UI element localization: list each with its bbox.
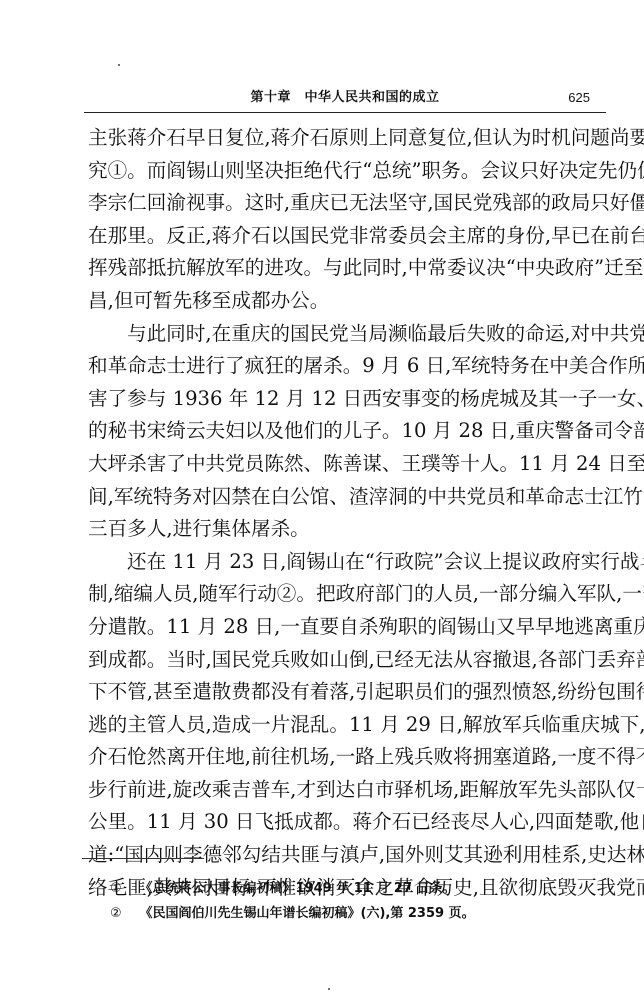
page-number: 625 (568, 88, 590, 108)
footnote-rule (82, 858, 204, 859)
footnote-marker: ① (110, 876, 135, 901)
text-line: 和革命志士进行了疯狂的屠杀。9 月 6 日,军统特务在中美合作所杀 (88, 350, 606, 383)
text-line: 昌,但可暂先移至成都办公。 (88, 285, 606, 318)
text-line: 下不管,甚至遣散费都没有着落,引起职员们的强烈愤怒,纷纷包围待 (88, 676, 606, 709)
scan-speck (118, 64, 120, 66)
text-line: 在那里。反正,蒋介石以国民党非常委员会主席的身份,早已在前台指 (88, 220, 606, 253)
text-line: 李宗仁回渝视事。这时,重庆已无法坚守,国民党残部的政局只好僵持 (88, 187, 606, 220)
text-line: 道:“国内则李德邻勾结共匪与滇卢,国外则艾其逊利用桂系,史达林笼 (88, 839, 606, 872)
text-line: 逃的主管人员,造成一片混乱。11 月 29 日,解放军兵临重庆城下,蒋 (88, 709, 606, 742)
text-line: 大坪杀害了中共党员陈然、陈善谋、王璞等十人。11 月 24 日至 27 日 (88, 448, 606, 481)
footnote-marker: ② (110, 901, 135, 926)
scan-speck (328, 988, 330, 990)
footnote-1: ① 《总统蒋公大事长编初稿》1949 年 11 月 27 日条。 (110, 876, 590, 901)
text-line: 公里。11 月 30 日飞抵成都。蒋介石已经丧尽人心,四面楚歌,他自记 (88, 806, 606, 839)
footnote-2: ② 《民国阎伯川先生锡山年谱长编初稿》(六),第 2359 页。 (110, 901, 590, 926)
text-line: 与此同时,在重庆的国民党当局濒临最后失败的命运,对中共党员 (88, 318, 606, 351)
header-rule (84, 112, 606, 113)
text-line: 制,缩编人员,随军行动②。把政府部门的人员,一部分编入军队,一部 (88, 578, 606, 611)
running-header: 第十章 中华人民共和国的成立 625 (84, 88, 606, 110)
text-line: 间,军统特务对囚禁在白公馆、渣滓洞的中共党员和革命志士江竹筠等 (88, 481, 606, 514)
text-line: 分遣散。11 月 28 日,一直要自杀殉职的阎锡山又早早地逃离重庆,飞 (88, 611, 606, 644)
footnotes: ① 《总统蒋公大事长编初稿》1949 年 11 月 27 日条。 ② 《民国阎伯… (110, 876, 590, 926)
text-line: 三百多人,进行集体屠杀。 (88, 513, 606, 546)
text-line: 害了参与 1936 年 12 月 12 日西安事变的杨虎城及其一子一女、杨虎城 (88, 383, 606, 416)
text-line: 步行前进,旋改乘吉普车,才到达白市驿机场,距解放军先头部队仅十 (88, 774, 606, 807)
text-line: 究①。而阎锡山则坚决拒绝代行“总统”职务。会议只好决定先仍促请 (88, 155, 606, 188)
body-text: 主张蒋介石早日复位,蒋介石原则上同意复位,但认为时机问题尚要研究①。而阎锡山则坚… (88, 122, 606, 904)
text-line: 主张蒋介石早日复位,蒋介石原则上同意复位,但认为时机问题尚要研 (88, 122, 606, 155)
footnote-text: 《民国阎伯川先生锡山年谱长编初稿》(六),第 2359 页。 (140, 906, 475, 921)
text-line: 到成都。当时,国民党兵败如山倒,已经无法从容撤退,各部门丢弃部 (88, 644, 606, 677)
text-line: 的秘书宋绮云夫妇以及他们的儿子。10 月 28 日,重庆警备司令部于 (88, 415, 606, 448)
text-line: 还在 11 月 23 日,阎锡山在“行政院”会议上提议政府实行战斗体 (88, 546, 606, 579)
text-line: 介石怆然离开住地,前往机场,一路上残兵败将拥塞道路,一度不得不 (88, 741, 606, 774)
text-line: 挥残部抵抗解放军的进攻。与此同时,中常委议决“中央政府”迁至西 (88, 252, 606, 285)
chapter-title: 第十章 中华人民共和国的成立 (84, 88, 606, 108)
footnote-text: 《总统蒋公大事长编初稿》1949 年 11 月 27 日条。 (140, 881, 456, 896)
